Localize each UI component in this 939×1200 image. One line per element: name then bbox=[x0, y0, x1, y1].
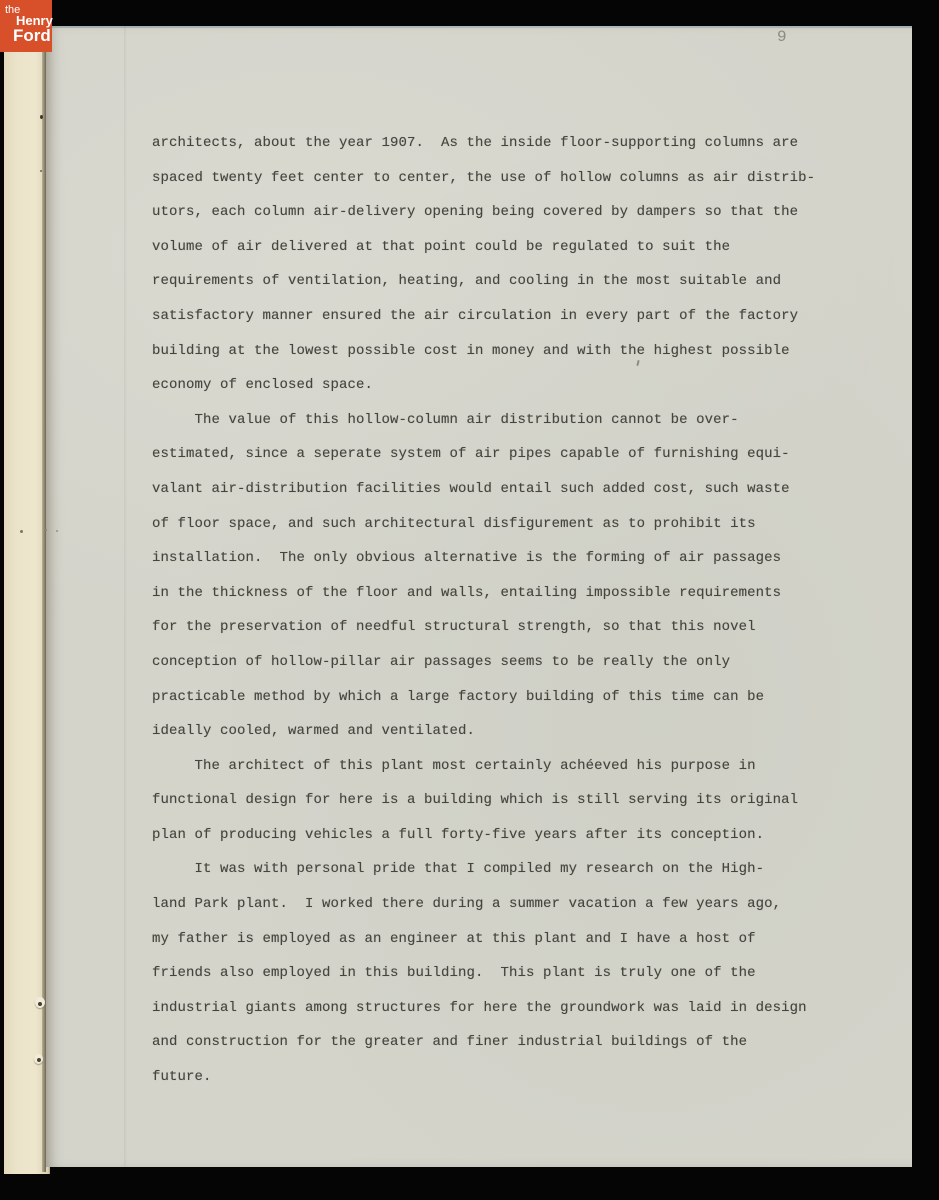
document-page: 9 architects, about the year 1907. As th… bbox=[46, 26, 912, 1167]
text-line: installation. The only obvious alternati… bbox=[152, 541, 842, 576]
text-line: The value of this hollow-column air dist… bbox=[152, 403, 842, 438]
text-line: It was with personal pride that I compil… bbox=[152, 852, 842, 887]
text-line: satisfactory manner ensured the air circ… bbox=[152, 299, 842, 334]
text-line: of floor space, and such architectural d… bbox=[152, 507, 842, 542]
text-line: land Park plant. I worked there during a… bbox=[152, 887, 842, 922]
ink-speck bbox=[40, 170, 42, 172]
text-line: practicable method by which a large fact… bbox=[152, 680, 842, 715]
text-line: valant air-distribution facilities would… bbox=[152, 472, 842, 507]
typewritten-text-block: architects, about the year 1907. As the … bbox=[152, 126, 842, 1095]
text-line: industrial giants among structures for h… bbox=[152, 991, 842, 1026]
text-line: in the thickness of the floor and walls,… bbox=[152, 576, 842, 611]
text-line: The architect of this plant most certain… bbox=[152, 749, 842, 784]
binding-hole-center bbox=[38, 1002, 42, 1006]
text-line: for the preservation of needful structur… bbox=[152, 610, 842, 645]
text-line: ideally cooled, warmed and ventilated. bbox=[152, 714, 842, 749]
text-line: future. bbox=[152, 1060, 842, 1095]
text-line: building at the lowest possible cost in … bbox=[152, 334, 842, 369]
ink-speck bbox=[56, 530, 58, 532]
text-line: my father is employed as an engineer at … bbox=[152, 922, 842, 957]
text-line: friends also employed in this building. … bbox=[152, 956, 842, 991]
text-line: functional design for here is a building… bbox=[152, 783, 842, 818]
text-line: architects, about the year 1907. As the … bbox=[152, 126, 842, 161]
text-line: volume of air delivered at that point co… bbox=[152, 230, 842, 265]
ink-speck bbox=[20, 530, 23, 533]
text-line: and construction for the greater and fin… bbox=[152, 1025, 842, 1060]
text-line: requirements of ventilation, heating, an… bbox=[152, 264, 842, 299]
text-line: plan of producing vehicles a full forty-… bbox=[152, 818, 842, 853]
ink-speck bbox=[40, 115, 43, 119]
text-line: estimated, since a seperate system of ai… bbox=[152, 437, 842, 472]
henry-ford-logo: the Henry Ford bbox=[0, 0, 52, 52]
text-line: conception of hollow-pillar air passages… bbox=[152, 645, 842, 680]
logo-ford-label: Ford bbox=[13, 26, 51, 46]
page-number: 9 bbox=[777, 28, 788, 46]
text-line: economy of enclosed space. bbox=[152, 368, 842, 403]
text-line: spaced twenty feet center to center, the… bbox=[152, 161, 842, 196]
binding-hole-center bbox=[37, 1058, 41, 1062]
ink-speck bbox=[45, 529, 47, 531]
text-line: utors, each column air-delivery opening … bbox=[152, 195, 842, 230]
